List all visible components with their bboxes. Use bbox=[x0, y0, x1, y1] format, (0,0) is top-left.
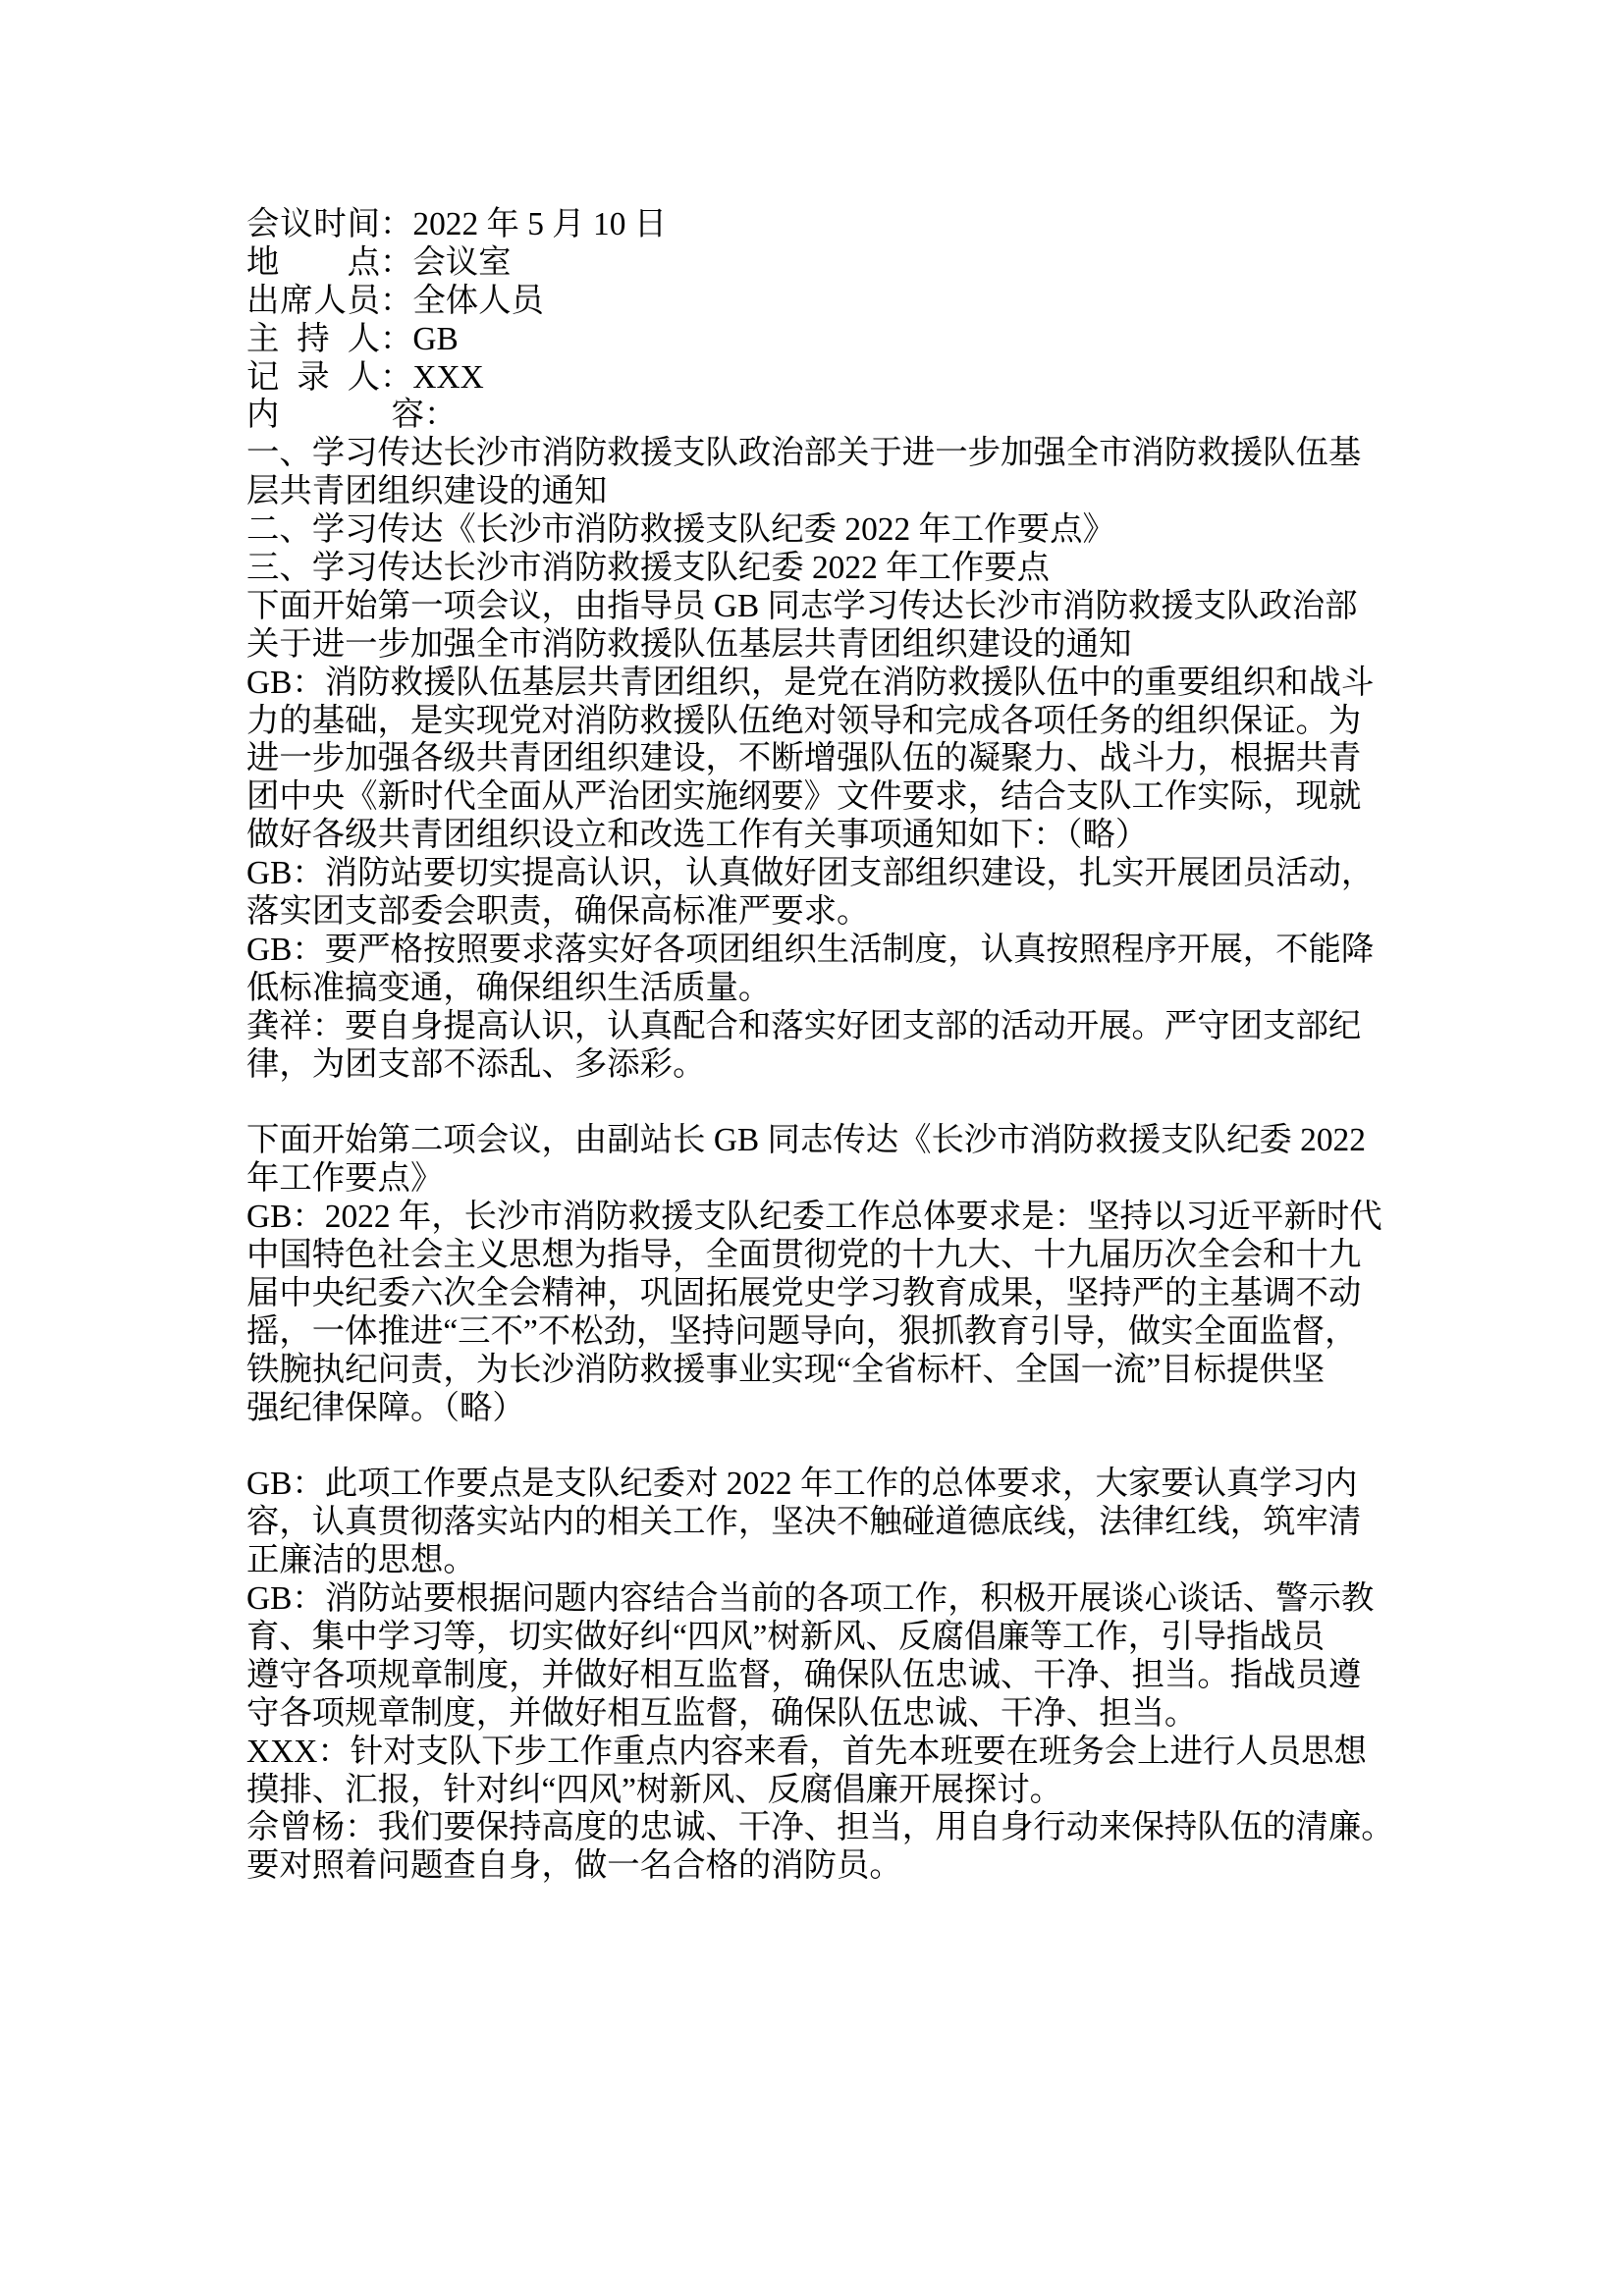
body-line: 做好各级共青团组织设立和改选工作有关事项通知如下：（略） bbox=[246, 817, 1376, 855]
body-line-blank bbox=[246, 1084, 1376, 1122]
body-line: 层共青团组织建设的通知 bbox=[246, 473, 1376, 511]
body-line: 三、学习传达长沙市消防救援支队纪委 2022 年工作要点 bbox=[246, 550, 1376, 588]
body-line: GB：此项工作要点是支队纪委对 2022 年工作的总体要求，大家要认真学习内 bbox=[246, 1466, 1376, 1504]
meta-value: 2022 年 5 月 10 日 bbox=[412, 206, 667, 242]
meeting-minutes: 会议时间：2022 年 5 月 10 日 地点：会议室 出席人员：全体人员 主持… bbox=[246, 206, 1376, 1886]
meta-colon: ： bbox=[380, 359, 412, 396]
body-line: 下面开始第一项会议，由指导员 GB 同志学习传达长沙市消防救援支队政治部 bbox=[246, 588, 1376, 626]
body-line: 力的基础，是实现党对消防救援队伍绝对领导和完成各项任务的组织保证。为 bbox=[246, 703, 1376, 741]
minutes-body: 一、学习传达长沙市消防救援支队政治部关于进一步加强全市消防救援队伍基 层共青团组… bbox=[246, 435, 1376, 1886]
body-line: 落实团支部委会职责，确保高标准严要求。 bbox=[246, 893, 1376, 932]
body-line: 育、集中学习等，切实做好纠“四风”树新风、反腐倡廉等工作，引导指战员 bbox=[246, 1619, 1376, 1657]
body-line: GB：消防站要根据问题内容结合当前的各项工作，积极开展谈心谈话、警示教 bbox=[246, 1580, 1376, 1619]
body-line: 正廉洁的思想。 bbox=[246, 1542, 1376, 1580]
body-line: 强纪律保障。（略） bbox=[246, 1390, 1376, 1428]
body-line: 低标准搞变通，确保组织生活质量。 bbox=[246, 970, 1376, 1008]
body-line: 团中央《新时代全面从严治团实施纲要》文件要求，结合支队工作实际，现就 bbox=[246, 778, 1376, 817]
body-line: 关于进一步加强全市消防救援队伍基层共青团组织建设的通知 bbox=[246, 626, 1376, 665]
body-line: 下面开始第二项会议，由副站长 GB 同志传达《长沙市消防救援支队纪委 2022 bbox=[246, 1122, 1376, 1160]
meta-label: 记录人 bbox=[246, 359, 380, 398]
body-line: 一、学习传达长沙市消防救援支队政治部关于进一步加强全市消防救援队伍基 bbox=[246, 435, 1376, 473]
body-line: 二、学习传达《长沙市消防救援支队纪委 2022 年工作要点》 bbox=[246, 511, 1376, 550]
body-line: GB：消防站要切实提高认识，认真做好团支部组织建设，扎实开展团员活动， bbox=[246, 855, 1376, 893]
body-line: GB：要严格按照要求落实好各项团组织生活制度，认真按照程序开展，不能降 bbox=[246, 932, 1376, 970]
meta-row-recorder: 记录人：XXX bbox=[246, 359, 1376, 398]
meta-value: 全体人员 bbox=[412, 283, 544, 319]
meta-colon: ： bbox=[380, 244, 412, 281]
body-line: 容，认真贯彻落实站内的相关工作，坚决不触碰道德底线，法律红线，筑牢清 bbox=[246, 1504, 1376, 1542]
meta-row-location: 地点：会议室 bbox=[246, 244, 1376, 283]
body-line: XXX：针对支队下步工作重点内容来看，首先本班要在班务会上进行人员思想 bbox=[246, 1734, 1376, 1772]
body-line: 届中央纪委六次全会精神，巩固拓展党史学习教育成果，坚持严的主基调不动 bbox=[246, 1275, 1376, 1313]
body-line: 摇，一体推进“三不”不松劲，坚持问题导向，狠抓教育引导，做实全面监督， bbox=[246, 1313, 1376, 1352]
meta-colon: ： bbox=[380, 206, 412, 242]
meta-label: 会议时间 bbox=[246, 206, 380, 244]
body-line: 要对照着问题查自身，做一名合格的消防员。 bbox=[246, 1847, 1376, 1886]
meta-row-content: 内容： bbox=[246, 397, 1376, 435]
body-line: 佘曾杨：我们要保持高度的忠诚、干净、担当，用自身行动来保持队伍的清廉。 bbox=[246, 1809, 1376, 1847]
body-line: 律，为团支部不添乱、多添彩。 bbox=[246, 1046, 1376, 1085]
meta-row-attendees: 出席人员：全体人员 bbox=[246, 283, 1376, 321]
meta-colon: ： bbox=[380, 283, 412, 319]
meta-label: 地点 bbox=[246, 244, 380, 283]
body-line: 龚祥：要自身提高认识，认真配合和落实好团支部的活动开展。严守团支部纪 bbox=[246, 1008, 1376, 1046]
body-line: 进一步加强各级共青团组织建设，不断增强队伍的凝聚力、战斗力，根据共青 bbox=[246, 740, 1376, 778]
body-line: 铁腕执纪问责，为长沙消防救援事业实现“全省标杆、全国一流”目标提供坚 bbox=[246, 1352, 1376, 1390]
body-line: GB：消防救援队伍基层共青团组织，是党在消防救援队伍中的重要组织和战斗 bbox=[246, 665, 1376, 703]
body-line: 年工作要点》 bbox=[246, 1160, 1376, 1199]
body-line: 守各项规章制度，并做好相互监督，确保队伍忠诚、干净、担当。 bbox=[246, 1695, 1376, 1734]
meta-value: 会议室 bbox=[412, 244, 511, 281]
body-line: 摸排、汇报，针对纠“四风”树新风、反腐倡廉开展探讨。 bbox=[246, 1772, 1376, 1810]
meta-row-meeting-time: 会议时间：2022 年 5 月 10 日 bbox=[246, 206, 1376, 244]
body-line: 中国特色社会主义思想为指导，全面贯彻党的十九大、十九届历次全会和十九 bbox=[246, 1237, 1376, 1275]
meta-colon: ： bbox=[424, 397, 457, 433]
meta-label: 出席人员 bbox=[246, 283, 380, 321]
body-line: 遵守各项规章制度，并做好相互监督，确保队伍忠诚、干净、担当。指战员遵 bbox=[246, 1657, 1376, 1695]
meta-label: 主持人 bbox=[246, 321, 380, 359]
meta-value: GB bbox=[412, 321, 458, 357]
body-line-blank bbox=[246, 1428, 1376, 1467]
meta-value: XXX bbox=[412, 359, 483, 396]
meta-section: 会议时间：2022 年 5 月 10 日 地点：会议室 出席人员：全体人员 主持… bbox=[246, 206, 1376, 435]
meta-colon: ： bbox=[380, 321, 412, 357]
document-page: 会议时间：2022 年 5 月 10 日 地点：会议室 出席人员：全体人员 主持… bbox=[0, 0, 1624, 2296]
body-line: GB：2022 年，长沙市消防救援支队纪委工作总体要求是：坚持以习近平新时代 bbox=[246, 1199, 1376, 1237]
meta-label: 内容 bbox=[246, 397, 424, 435]
meta-row-host: 主持人：GB bbox=[246, 321, 1376, 359]
